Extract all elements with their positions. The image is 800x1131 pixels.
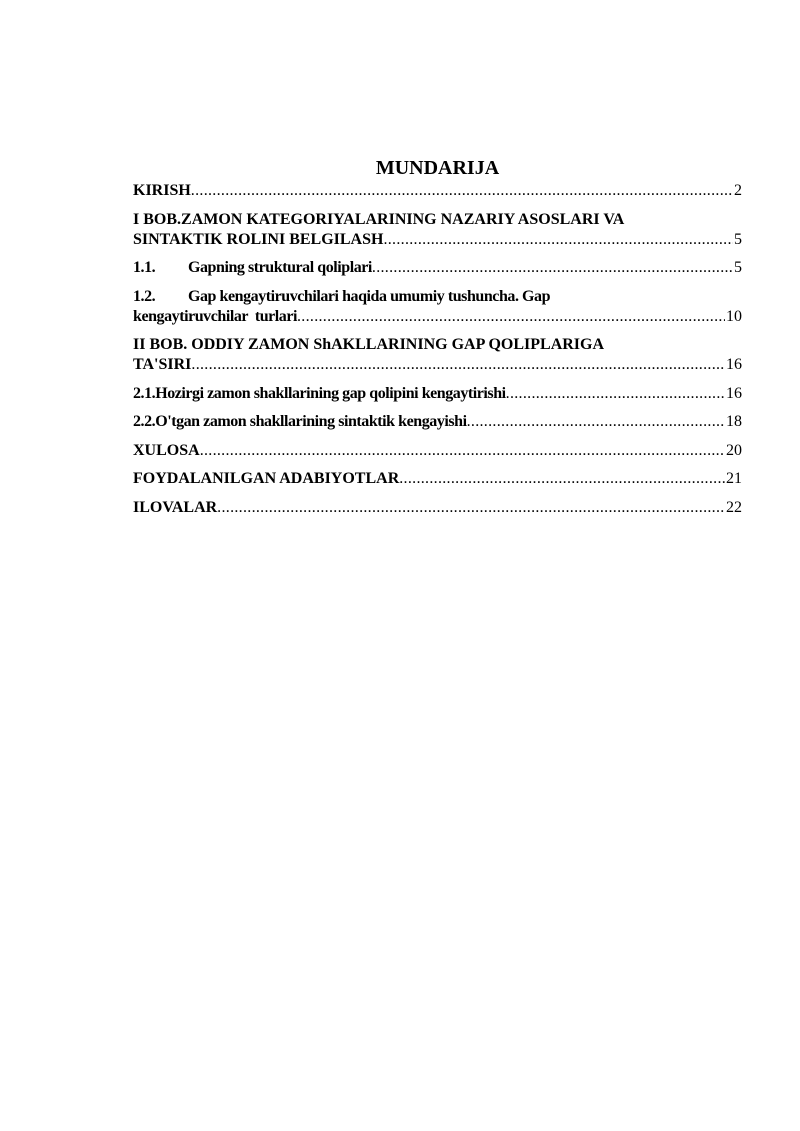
toc-page-number: 2 bbox=[733, 181, 742, 201]
toc-entry-label: 2.1.Hozirgi zamon shakllarining gap qoli… bbox=[133, 384, 506, 404]
dot-leader bbox=[372, 258, 733, 278]
toc-entry-label-continued: TA'SIRI bbox=[133, 355, 191, 375]
toc-page-number: 5 bbox=[733, 258, 742, 278]
toc-page-number: 21 bbox=[725, 469, 742, 489]
dot-leader bbox=[506, 384, 725, 404]
toc-page-number: 20 bbox=[725, 441, 742, 461]
toc-entry-ilovalar[interactable]: ILOVALAR 22 bbox=[133, 498, 742, 518]
dot-leader bbox=[200, 441, 725, 461]
dot-leader bbox=[383, 230, 733, 250]
toc-page-number: 5 bbox=[733, 230, 742, 250]
dot-leader bbox=[467, 412, 725, 432]
dot-leader bbox=[399, 469, 725, 489]
toc-entry-label: II BOB. ODDIY ZAMON ShAKLLARINING GAP QO… bbox=[133, 335, 604, 355]
toc-entry-label: I BOB.ZAMON KATEGORIYALARINING NAZARIY A… bbox=[133, 210, 624, 230]
table-of-contents: KIRISH 2 I BOB.ZAMON KATEGORIYALARINING … bbox=[133, 181, 742, 526]
toc-entry-label: 2.2.O'tgan zamon shakllarining sintaktik… bbox=[133, 412, 467, 432]
dot-leader bbox=[217, 498, 725, 518]
toc-entry-label: KIRISH bbox=[133, 181, 191, 201]
toc-entry-xulosa[interactable]: XULOSA 20 bbox=[133, 441, 742, 461]
section-number: 1.1. bbox=[133, 258, 188, 278]
toc-entry-label: FOYDALANILGAN ADABIYOTLAR bbox=[133, 469, 399, 489]
toc-entry-label-continued: SINTAKTIK ROLINI BELGILASH bbox=[133, 230, 383, 250]
toc-entry-kirish[interactable]: KIRISH 2 bbox=[133, 181, 742, 201]
section-number: 1.2. bbox=[133, 287, 188, 307]
toc-entry-adabiyotlar[interactable]: FOYDALANILGAN ADABIYOTLAR 21 bbox=[133, 469, 742, 489]
toc-page-number: 22 bbox=[725, 498, 742, 518]
dot-leader bbox=[297, 307, 725, 327]
toc-entry-label: ILOVALAR bbox=[133, 498, 217, 518]
toc-entry-label: Gap kengaytiruvchilari haqida umumiy tus… bbox=[188, 288, 550, 305]
toc-entry-section-2-2[interactable]: 2.2.O'tgan zamon shakllarining sintaktik… bbox=[133, 412, 742, 432]
toc-page-number: 16 bbox=[725, 384, 742, 404]
toc-entry-section-2-1[interactable]: 2.1.Hozirgi zamon shakllarining gap qoli… bbox=[133, 384, 742, 404]
toc-entry-label: XULOSA bbox=[133, 441, 200, 461]
toc-entry-section-1-1[interactable]: 1.1.Gapning struktural qoliplari 5 bbox=[133, 258, 742, 278]
toc-entry-label: Gapning struktural qoliplari bbox=[188, 259, 372, 276]
toc-title: MUNDARIJA bbox=[133, 156, 742, 180]
toc-entry-chapter-2[interactable]: II BOB. ODDIY ZAMON ShAKLLARINING GAP QO… bbox=[133, 335, 742, 375]
toc-entry-label-continued: kengaytiruvchilar turlari bbox=[133, 307, 297, 327]
dot-leader bbox=[191, 181, 733, 201]
toc-page-number: 18 bbox=[725, 412, 742, 432]
dot-leader bbox=[191, 355, 725, 375]
toc-page-number: 16 bbox=[725, 355, 742, 375]
toc-entry-chapter-1[interactable]: I BOB.ZAMON KATEGORIYALARINING NAZARIY A… bbox=[133, 210, 742, 250]
toc-entry-section-1-2[interactable]: 1.2.Gap kengaytiruvchilari haqida umumiy… bbox=[133, 287, 742, 327]
toc-page-number: 10 bbox=[725, 307, 742, 327]
document-page: MUNDARIJA KIRISH 2 I BOB.ZAMON KATEGORIY… bbox=[0, 0, 800, 1131]
